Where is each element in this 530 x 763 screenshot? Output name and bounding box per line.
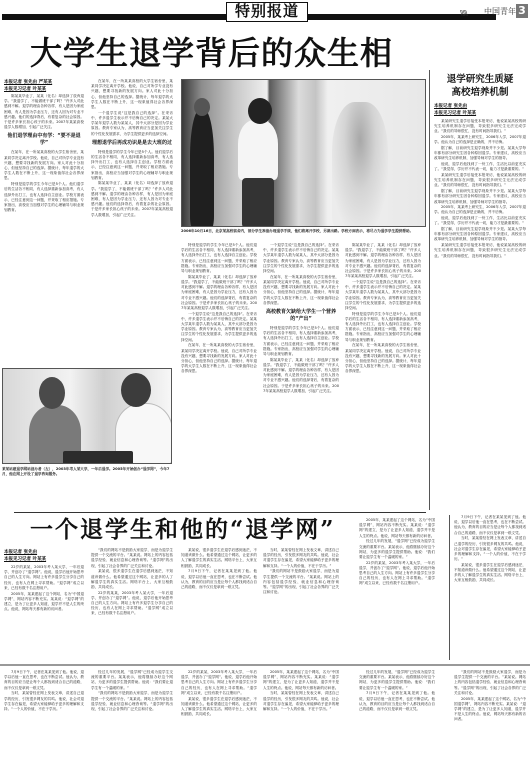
article1-headline: 大学生退学背后的众生相	[30, 33, 420, 73]
article2-lower-column-4: 2005年，某某建起了这个网站，名为“中国退学网”，网站内容不断充实。某某说：“…	[263, 670, 339, 760]
article2-column-3: 某某说，很多退学生在退学后感到迷茫，不知道该做什么。他希望通过这个网站，让更多的…	[181, 548, 257, 660]
article2-byline-2: 本报见习记者 叶某某	[4, 557, 46, 563]
hatch-decoration-icon: \\\\\	[460, 9, 467, 17]
masthead-bar-left: Email: zqbtsbg@163.net 本版编辑/某 某 Tel: 010…	[2, 14, 226, 20]
article1-subhead-1: 他们退学理由中有学：“要不是退学”	[4, 133, 84, 147]
photo-figure-center	[238, 120, 278, 180]
masthead: Email: zqbtsbg@163.net 本版编辑/某 某 Tel: 010…	[0, 0, 530, 24]
article2-column-1: 22岁的某某，2003年考入某大学，一年后退学，并创办了“退学网”。他说，退学后…	[4, 565, 84, 660]
lower-divider	[0, 664, 530, 666]
article2-column-5: 2005年，某某建起了这个网站，名为“中国退学网”，网站内容不断充实。某某说：“…	[359, 518, 435, 660]
article1-photo-caption: 2006年10月16日，北京某高校宿舍内，部分学生准备办理退学手续，他们将离开学…	[181, 229, 426, 234]
page-number: 3	[516, 4, 528, 18]
article2-lower-column-1: 7月9日下午，记者在某某见到了他。他说，退学以后他一直在思考，也在不断尝试。他认…	[4, 670, 84, 760]
article1-column-5: 陈某某毕业了，某某（化名）却选择了放弃退学。“我退学了，不能做班干部了吗？”许多…	[345, 243, 421, 501]
article2-headline: 一个退学生和他的“退学网”	[30, 515, 330, 545]
article1-byline-1: 本报记者 张先由 严某某	[4, 80, 52, 86]
masthead-bar-right: Special Report 2007年8月10日 星期五	[308, 14, 496, 20]
article2-column-2: “我们的网站不是鼓励大家退学，而是为退学生提供一个交流的平台。”某某说。网站上的…	[91, 548, 173, 660]
article2-column-6: 7月9日下午，记者在某某见到了他。他说，退学以后他一直在思考，也在不断尝试。他认…	[454, 515, 526, 660]
sidebar-divider	[429, 70, 430, 510]
article1-column-1: 陈某某毕业了，某某（化名）却选择了放弃退学。“我退学了，不能做班干部了吗？”许多…	[4, 94, 84, 358]
article1-column-2: 在某年，在一所某某高校的大学生宿舍里，某某同学决定离开学校。他说，自己对所学专业…	[91, 79, 173, 359]
article2-column-4: 当时，某某曾经在网上发表文章，讲述自己退学的经历，引发很多网友的共鸣。他说，社会…	[263, 548, 339, 660]
article1-column-3: 特别是退学的学生今年已是5个人。他们退学后的生活各不相同，有人选择重新参加高考，…	[181, 243, 257, 501]
article1-photo	[181, 79, 426, 227]
sidebar-byline-1: 本报记者 张先由	[434, 104, 467, 110]
article2-byline-1: 本报记者 张先由	[4, 550, 37, 556]
article-divider	[14, 512, 426, 513]
article2-photo-caption: 某某站建退学网站创办者（左），2003年考入某大学，一年后退学。2005年开始创…	[2, 467, 172, 477]
article2-column-divider	[449, 515, 450, 660]
article1-subhead-3: 高校教育欠缺给大学生一个营养的“产出”	[263, 309, 339, 323]
sidebar-body: 某某研究生退学后接受本报采访，他说某某高校的研究生培养机制存在问题，导致很多研究…	[434, 119, 526, 509]
sidebar-headline: 退学研究生质疑 高校培养机制	[440, 73, 520, 99]
article1-subhead-2: 理想退学后再成功识是是去大班的过	[91, 140, 173, 147]
article2-lower-column-3: 22岁的某某，2003年考入某大学，一年后退学，并创办了“退学网”。他说，退学后…	[181, 670, 257, 760]
article1-byline-2: 本报见习记者 叶某某	[4, 87, 46, 93]
article2-lower-column-6: “我们的网站不是鼓励大家退学，而是为退学生提供一个交流的平台。”某某说。网站上的…	[454, 670, 526, 760]
article2-lower-column-2: 经过几年的发展，“退学网”已经成为退学生交流的重要平台。某某表示，他将继续办好这…	[91, 670, 173, 760]
article1-column-4: 一个退学生说“这是我自己的选择”。在采访中，许多退学生表示并不后悔自己的决定。某…	[263, 243, 339, 501]
article2-lower-column-5: 经过几年的发展，“退学网”已经成为退学生交流的重要平台。某某表示，他将继续办好这…	[359, 670, 435, 760]
photo-figure-right	[332, 102, 388, 227]
photo-figure-left	[190, 110, 214, 227]
sidebar-byline-2: 本报见习记者 叶某某	[434, 111, 476, 117]
article2-photo	[2, 368, 172, 464]
section-title: 特别报道	[226, 2, 308, 22]
